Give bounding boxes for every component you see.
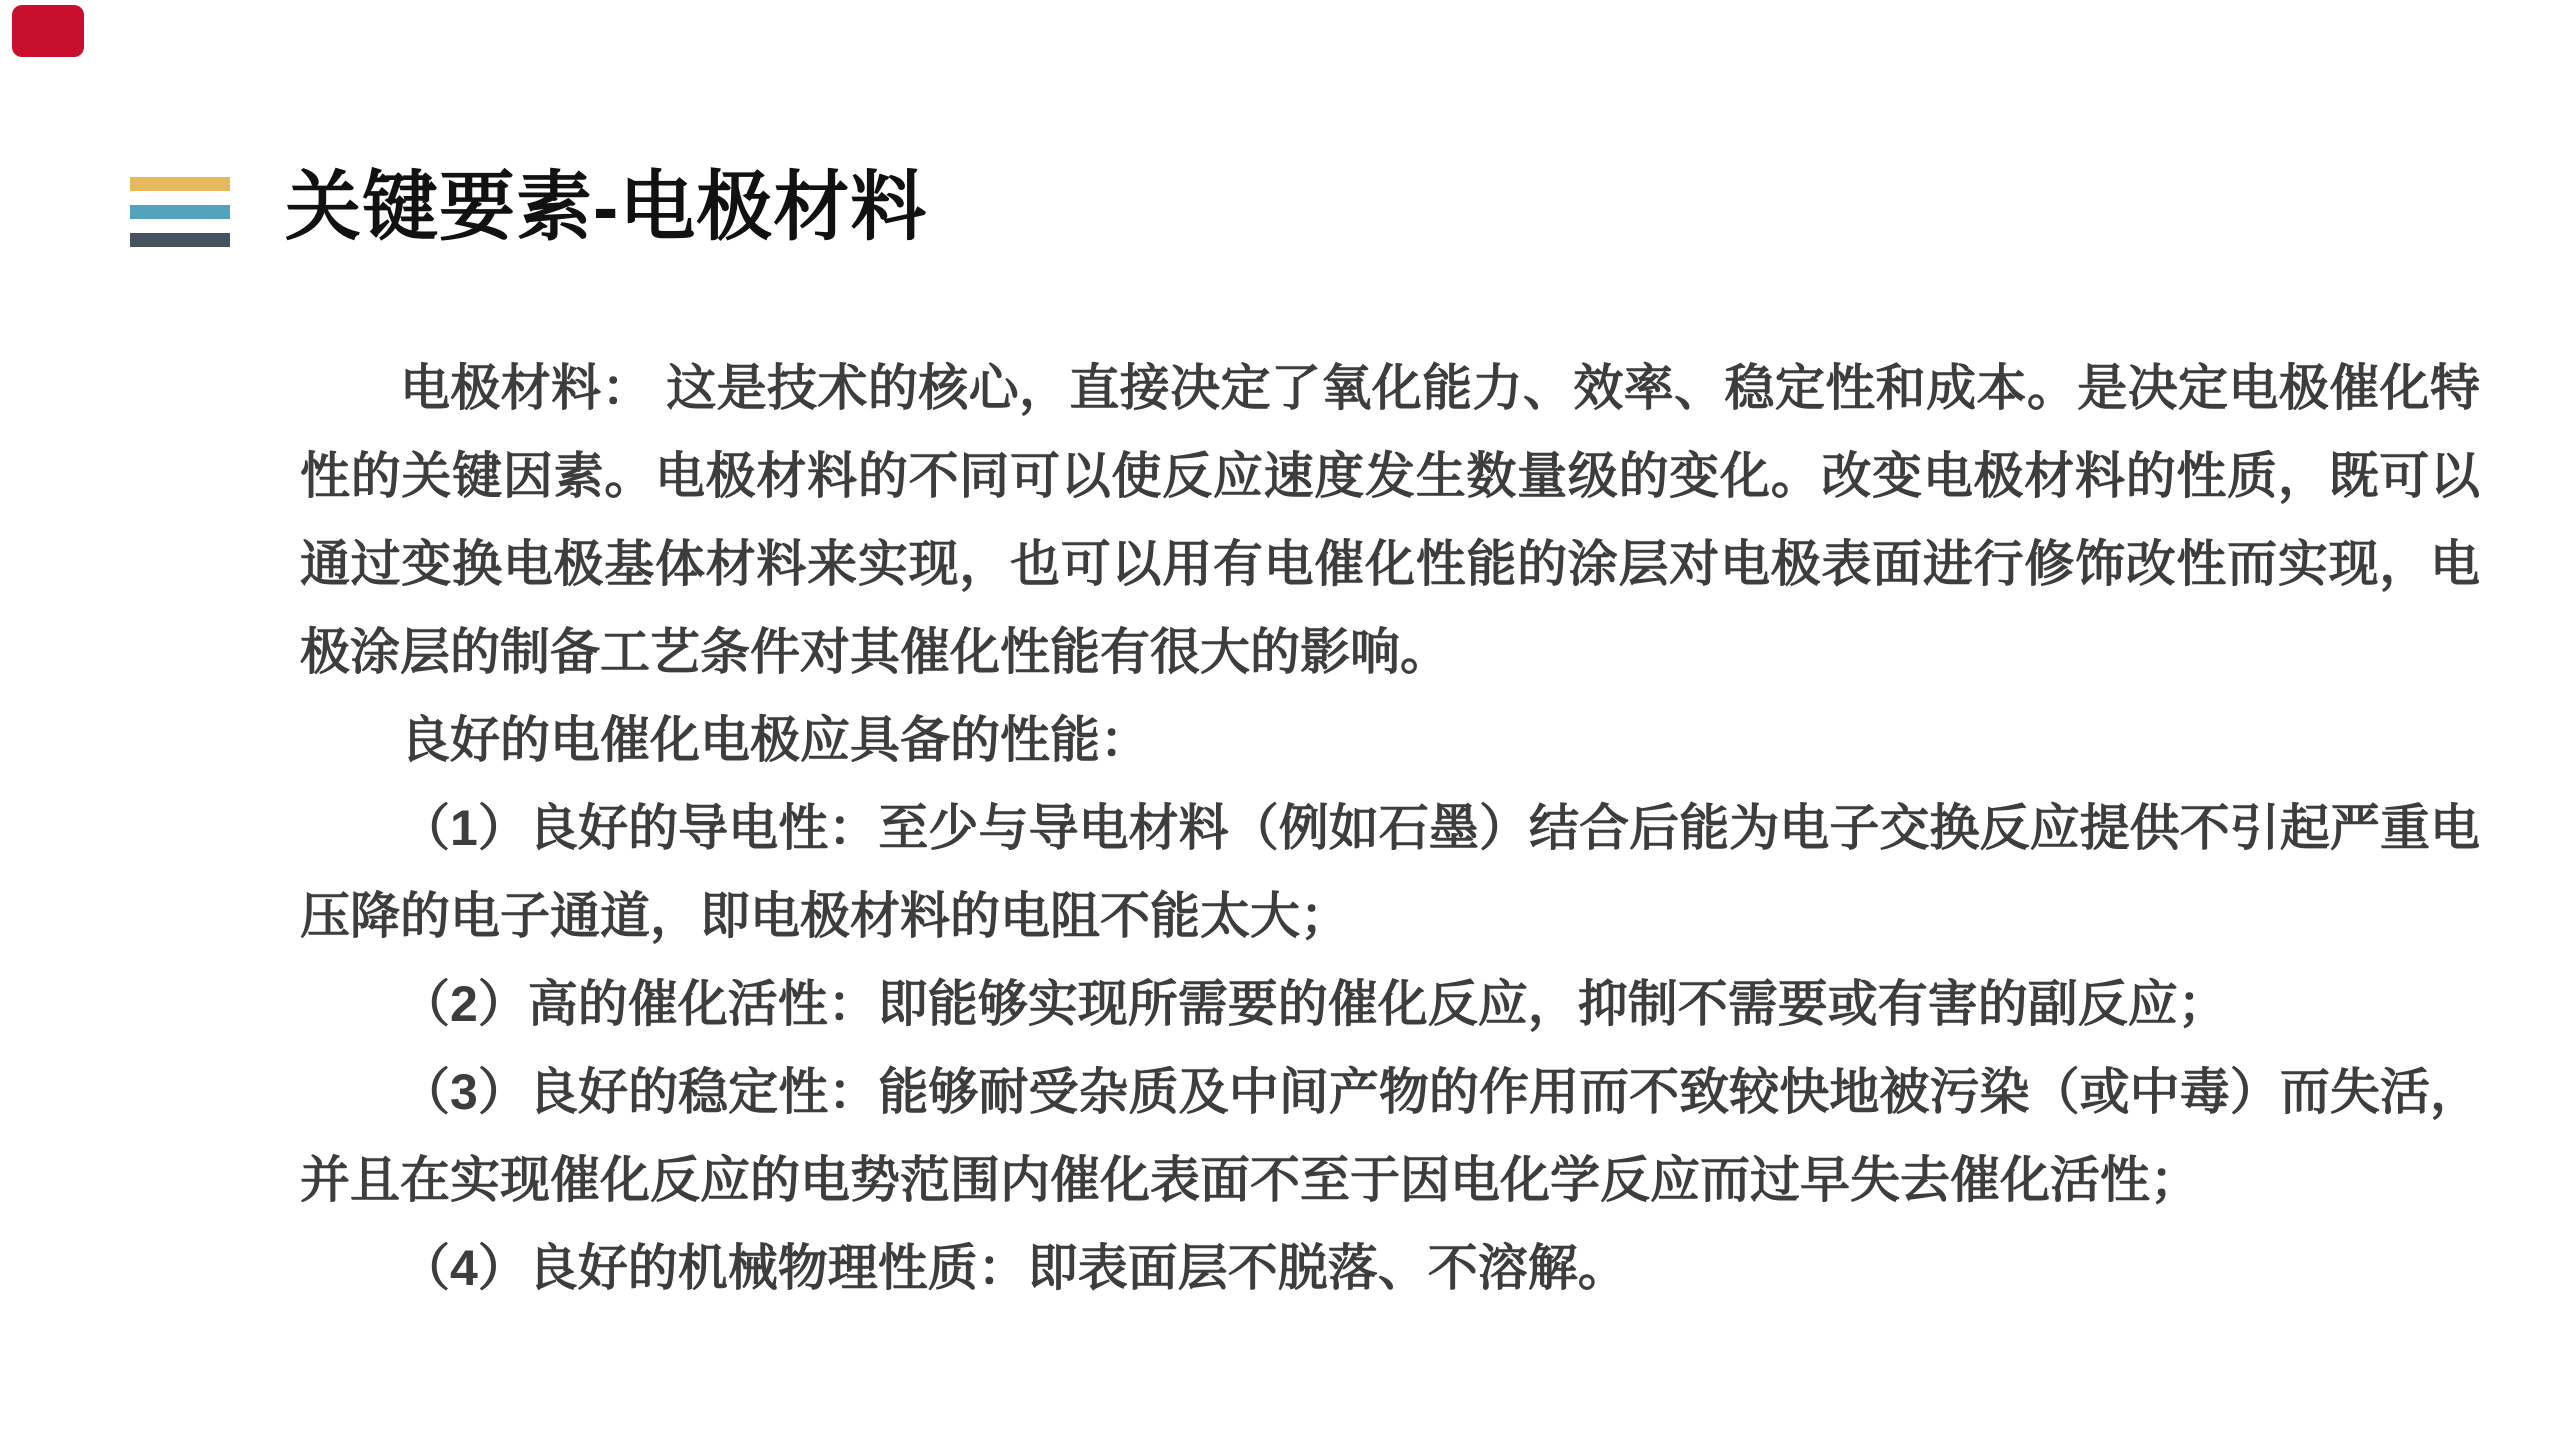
title-bars-icon — [130, 177, 230, 247]
slide-title: 关键要素-电极材料 — [285, 166, 927, 250]
body-paragraph: （3）良好的稳定性：能够耐受杂质及中间产物的作用而不致较快地被污染（或中毒）而失… — [300, 1048, 2480, 1224]
red-corner-marker — [12, 5, 84, 57]
accent-bar-middle — [130, 205, 230, 219]
body-paragraph: 电极材料： 这是技术的核心，直接决定了氧化能力、效率、稳定性和成本。是决定电极催… — [300, 344, 2480, 696]
body-paragraph: （1）良好的导电性：至少与导电材料（例如石墨）结合后能为电子交换反应提供不引起严… — [300, 784, 2480, 960]
presentation-slide: 关键要素-电极材料 电极材料： 这是技术的核心，直接决定了氧化能力、效率、稳定性… — [0, 0, 2560, 1440]
accent-bar-top — [130, 177, 230, 191]
slide-body: 电极材料： 这是技术的核心，直接决定了氧化能力、效率、稳定性和成本。是决定电极催… — [300, 344, 2480, 1312]
body-paragraph: （2）高的催化活性：即能够实现所需要的催化反应，抑制不需要或有害的副反应； — [300, 960, 2480, 1048]
body-paragraph: （4）良好的机械物理性质：即表面层不脱落、不溶解。 — [300, 1224, 2480, 1312]
body-paragraph: 良好的电催化电极应具备的性能： — [300, 696, 2480, 784]
accent-bar-bottom — [130, 233, 230, 247]
